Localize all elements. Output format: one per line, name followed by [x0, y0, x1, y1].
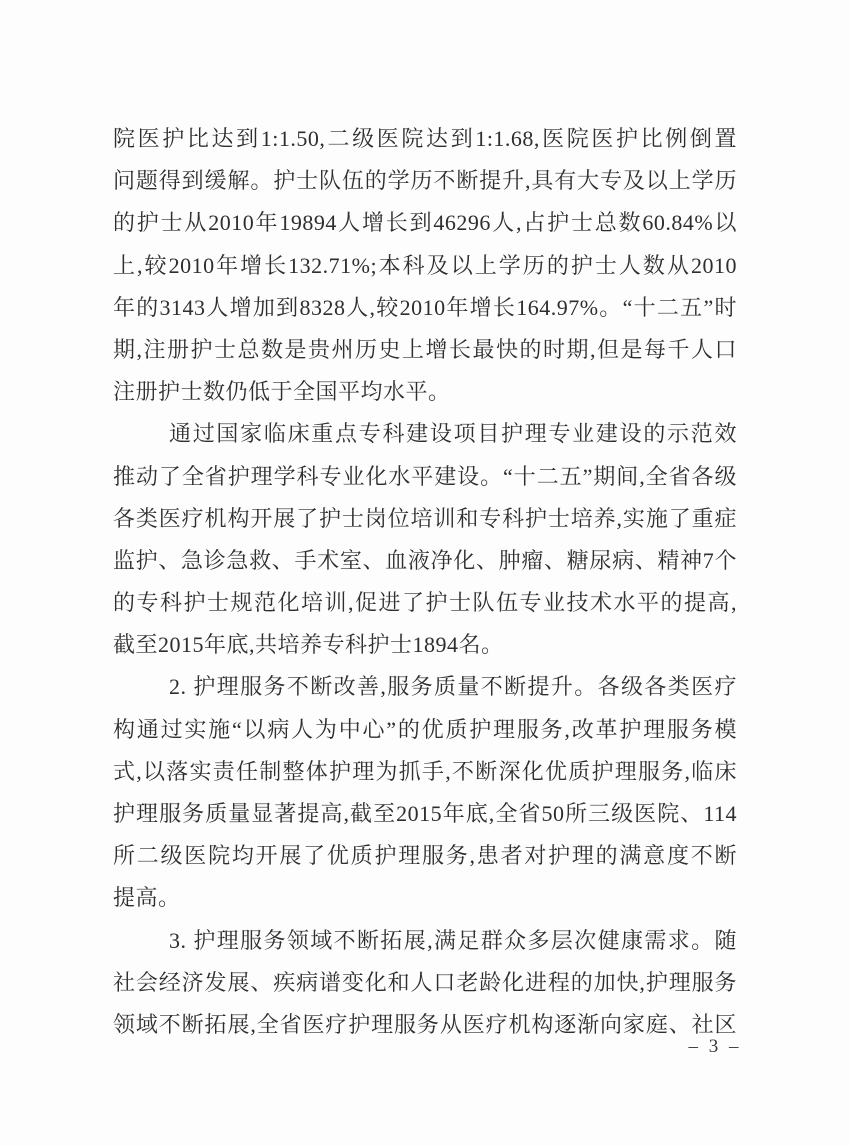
text-line: 年的3143人增加到8328人,较2010年增长164.97%。“十二五”时: [113, 287, 737, 329]
text-line: 期,注册护士总数是贵州历史上增长最快的时期,但是每千人口: [113, 329, 737, 371]
text-line: 领域不断拓展,全省医疗护理服务从医疗机构逐渐向家庭、社区: [113, 1004, 737, 1046]
text-line: 的护士从2010年19894人增长到46296人,占护士总数60.84%以: [113, 202, 737, 244]
text-line: 问题得到缓解。护士队伍的学历不断提升,具有大专及以上学历: [113, 160, 737, 202]
text-line: 推动了全省护理学科专业化水平建设。“十二五”期间,全省各级: [113, 456, 737, 498]
text-line: 院医护比达到1:1.50,二级医院达到1:1.68,医院医护比例倒置: [113, 118, 737, 160]
text-line: 的专科护士规范化培训,促进了护士队伍专业技术水平的提高,: [113, 582, 737, 624]
text-line: 截至2015年底,共培养专科护士1894名。: [113, 624, 737, 666]
text-line: 构通过实施“以病人为中心”的优质护理服务,改革护理服务模: [113, 709, 737, 751]
text-line: 社会经济发展、疾病谱变化和人口老龄化进程的加快,护理服务: [113, 962, 737, 1004]
text-line: 2. 护理服务不断改善,服务质量不断提升。各级各类医疗机: [113, 666, 737, 708]
document-page: 院医护比达到1:1.50,二级医院达到1:1.68,医院医护比例倒置 问题得到缓…: [0, 0, 850, 1146]
paragraph: 通过国家临床重点专科建设项目护理专业建设的示范效应, 推动了全省护理学科专业化水…: [113, 413, 737, 666]
paragraph: 院医护比达到1:1.50,二级医院达到1:1.68,医院医护比例倒置 问题得到缓…: [113, 118, 737, 413]
text-line: 监护、急诊急救、手术室、血液净化、肿瘤、糖尿病、精神7个领域: [113, 540, 737, 582]
text-line: 上,较2010年增长132.71%;本科及以上学历的护士人数从2010: [113, 245, 737, 287]
text-line: 护理服务质量显著提高,截至2015年底,全省50所三级医院、114: [113, 793, 737, 835]
document-body: 院医护比达到1:1.50,二级医院达到1:1.68,医院医护比例倒置 问题得到缓…: [113, 118, 737, 1046]
text-line: 通过国家临床重点专科建设项目护理专业建设的示范效应,: [113, 413, 737, 455]
text-line: 所二级医院均开展了优质护理服务,患者对护理的满意度不断: [113, 835, 737, 877]
paragraph: 3. 护理服务领域不断拓展,满足群众多层次健康需求。随着 社会经济发展、疾病谱变…: [113, 920, 737, 1047]
paragraph: 2. 护理服务不断改善,服务质量不断提升。各级各类医疗机 构通过实施“以病人为中…: [113, 666, 737, 919]
text-line: 注册护士数仍低于全国平均水平。: [113, 371, 737, 413]
text-line: 提高。: [113, 877, 737, 919]
text-line: 式,以落实责任制整体护理为抓手,不断深化优质护理服务,临床: [113, 751, 737, 793]
text-line: 各类医疗机构开展了护士岗位培训和专科护士培养,实施了重症: [113, 498, 737, 540]
page-number: – 3 –: [660, 1036, 770, 1058]
text-line: 3. 护理服务领域不断拓展,满足群众多层次健康需求。随着: [113, 920, 737, 962]
